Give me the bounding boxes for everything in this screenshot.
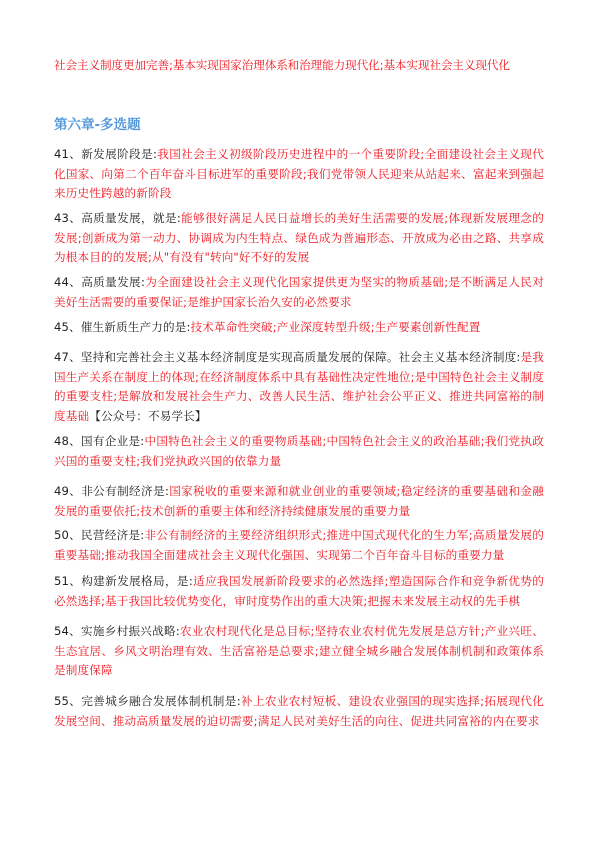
question-text: 45、催生新质生产力的是: xyxy=(54,320,191,334)
question-item-45: 45、催生新质生产力的是:技术革命性突破;产业深度转型升级;生产要素创新性配置 xyxy=(54,318,544,338)
question-item-44: 44、高质量发展:为全面建设社会主义现代化国家提供更为坚实的物质基础;是不断满足… xyxy=(54,273,544,312)
question-text: 47、坚持和完善社会主义基本经济制度是实现高质量发展的保障。社会主义基本经济制度… xyxy=(54,350,520,364)
question-item-51: 51、构建新发展格局，是:适应我国发展新阶段要求的必然选择;塑造国际合作和竞争新… xyxy=(54,572,544,611)
question-item-54: 54、实施乡村振兴战略:农业农村现代化是总目标;坚持农业农村优先发展是总方针;产… xyxy=(54,622,544,681)
question-item-55: 55、完善城乡融合发展体制机制是:补上农业农村短板、建设农业强国的现实选择;拓展… xyxy=(54,692,544,731)
source-note: 【公众号：不易学长】 xyxy=(89,409,206,423)
question-item-47: 47、坚持和完善社会主义基本经济制度是实现高质量发展的保障。社会主义基本经济制度… xyxy=(54,348,544,426)
chapter-heading: 第六章-多选题 xyxy=(54,115,141,135)
continued-answer-line: 社会主义制度更加完善;基本实现国家治理体系和治理能力现代化;基本实现社会主义现代… xyxy=(54,56,554,76)
question-text: 55、完善城乡融合发展体制机制是: xyxy=(54,694,241,708)
question-text: 51、构建新发展格局，是: xyxy=(54,574,193,588)
question-item-43: 43、高质量发展，就是:能够很好满足人民日益增长的美好生活需要的发展;体现新发展… xyxy=(54,209,544,268)
question-text: 54、实施乡村振兴战略: xyxy=(54,624,180,638)
question-item-41: 41、新发展阶段是:我国社会主义初级阶段历史进程中的一个重要阶段;全面建设社会主… xyxy=(54,145,544,204)
question-item-50: 50、民营经济是:非公有制经济的主要经济组织形式;推进中国式现代化的生力军;高质… xyxy=(54,526,544,565)
question-item-49: 49、非公有制经济是:国家税收的重要来源和就业创业的重要领域;稳定经济的重要基础… xyxy=(54,482,544,521)
question-text: 48、国有企业是: xyxy=(54,434,144,448)
question-text: 44、高质量发展: xyxy=(54,275,145,289)
answer-text: 技术革命性突破;产业深度转型升级;生产要素创新性配置 xyxy=(191,320,481,334)
question-text: 49、非公有制经济是: xyxy=(54,484,169,498)
question-text: 43、高质量发展，就是: xyxy=(54,211,181,225)
question-text: 50、民营经济是: xyxy=(54,528,144,542)
question-item-48: 48、国有企业是:中国特色社会主义的重要物质基础;中国特色社会主义的政治基础;我… xyxy=(54,432,544,471)
question-text: 41、新发展阶段是: xyxy=(54,147,157,161)
